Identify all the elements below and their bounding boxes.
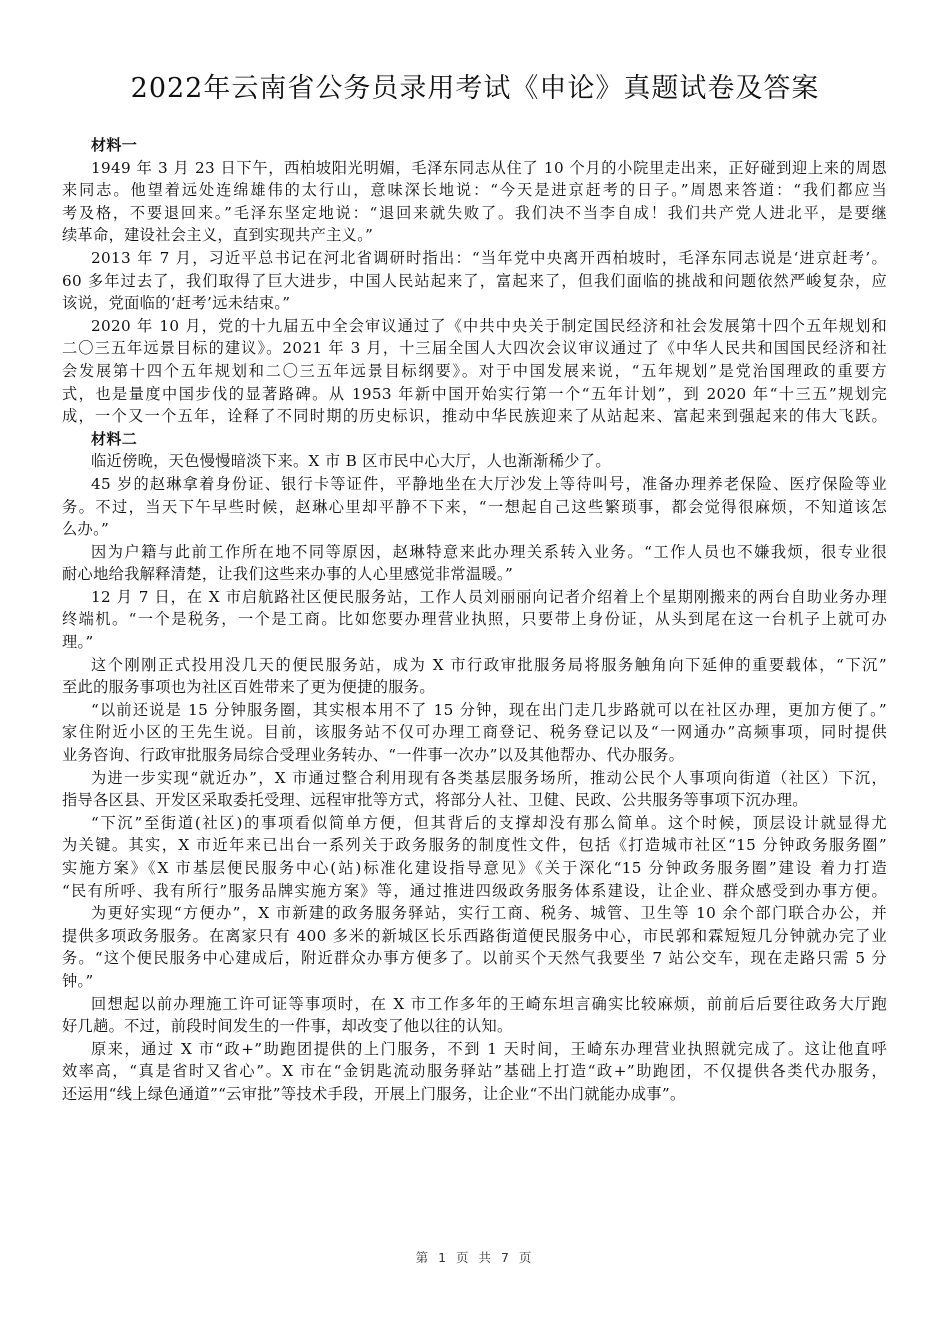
text-line-content: 1949 年 3 月 23 日下午，西柏坡阳光明媚，毛泽东同志从住了 10 个月… [91, 157, 887, 180]
text-line: 提供多项政务服务。在离家只有 400 多米的新城区长乐西路街道便民服务中心，市民… [62, 925, 891, 948]
text-line-content: 2020 年 10 月，党的十九届五中全会审议通过了《中共中央关于制定国民经济和… [91, 315, 887, 338]
text-line: 这个刚刚正式投用没几天的便民服务站，成为 X 市行政审批服务局将服务触角向下延伸… [91, 654, 891, 677]
text-line: 成，一个又一个五年，诠释了不同时期的历史标识，推动中华民族迎来了从站起来、富起来… [62, 405, 891, 428]
text-line-content: 考及格，不要退回来。”毛泽东坚定地说：“退回来就失败了。我们决不当李自成！我们共… [62, 202, 887, 225]
text-line: 原来，通过 X 市“政+”助跑团提供的上门服务，不到 1 天时间，王崎东办理营业… [91, 1038, 891, 1061]
text-line-content: 来同志。他望着远处连绵雄伟的太行山，意味深长地说：“今天是进京赶考的日子。”周恩… [62, 179, 887, 202]
text-line: 家住附近小区的王先生说。目前，该服务站不仅可办理工商登记、税务登记以及“一网通办… [62, 721, 891, 744]
text-line: 效率高，“真是省时又省心”。X 市在“金钥匙流动服务驿站”基础上打造“政+”助跑… [62, 1060, 891, 1083]
text-line-content: 耐心地给我解释清楚，让我们这些来办事的人心里感觉非常温暖。” [62, 565, 513, 583]
text-line: “民有所呼、我有所行”服务品牌实施方案》等，通过推进四级政务服务体系建设，让企业… [62, 880, 891, 903]
text-line: 钟。” [62, 970, 891, 993]
text-line: 好几趟。不过，前段时间发生的一件事，却改变了他以往的认知。 [62, 1015, 891, 1038]
text-line-content: 实施方案》《X 市基层便民服务中心(站)标准化建设指导意见》《关于深化“15 分… [62, 857, 887, 880]
text-line: 耐心地给我解释清楚，让我们这些来办事的人心里感觉非常温暖。” [62, 563, 891, 586]
section-material-1: 材料一 1949 年 3 月 23 日下午，西柏坡阳光明媚，毛泽东同志从住了 1… [91, 134, 891, 428]
text-line: “下沉”至街道(社区)的事项看似简单方便，但其背后的支撑却没有那么简单。这个时候… [91, 812, 891, 835]
text-line: 60 多年过去了，我们取得了巨大进步，中国人民站起来了，富起来了，但我们面临的挑… [62, 270, 891, 293]
text-line: 2020 年 10 月，党的十九届五中全会审议通过了《中共中央关于制定国民经济和… [91, 315, 891, 338]
text-line-content: 终端机。“一个是税务，一个是工商。比如您要办理营业执照，只要带上身份证，从头到尾… [62, 608, 887, 631]
text-line-content: 该说，党面临的‘赶考’远未结束。” [62, 294, 290, 312]
text-line-content: 务。“这个便民服务中心建成后，附近群众办事方便多了。以前买个天然气我要坐 7 站… [62, 947, 887, 970]
text-line: 业务咨询、行政审批服务局综合受理业务转办、“一件事一次办”以及其他帮办、代办服务… [62, 744, 891, 767]
text-line: 会发展第十四个五年规划和二〇三五年远景目标纲要》。对于中国发展来说，“五年规划”… [62, 360, 891, 383]
text-line: 为关键。其实，X 市近年来已出台一系列关于政务服务的制度性文件，包括《打造城市社… [62, 834, 891, 857]
text-line-content: “民有所呼、我有所行”服务品牌实施方案》等，通过推进四级政务服务体系建设，让企业… [62, 880, 887, 903]
text-line: 么办。” [62, 518, 891, 541]
text-line-content: 60 多年过去了，我们取得了巨大进步，中国人民站起来了，富起来了，但我们面临的挑… [62, 270, 887, 293]
text-line-content: 续革命，建设社会主义，直到实现共产主义。” [62, 226, 373, 244]
text-line-content: 钟。” [62, 972, 94, 990]
section-lines: 1949 年 3 月 23 日下午，西柏坡阳光明媚，毛泽东同志从住了 10 个月… [91, 157, 891, 428]
text-line-content: 指导各区县、开发区采取委托受理、远程审批等方式，将部分人社、卫健、民政、公共服务… [62, 791, 808, 809]
text-line-content: 为关键。其实，X 市近年来已出台一系列关于政务服务的制度性文件，包括《打造城市社… [62, 834, 887, 857]
text-line-content: 原来，通过 X 市“政+”助跑团提供的上门服务，不到 1 天时间，王崎东办理营业… [91, 1038, 887, 1061]
text-line-content: 提供多项政务服务。在离家只有 400 多米的新城区长乐西路街道便民服务中心，市民… [62, 925, 887, 948]
text-line: 考及格，不要退回来。”毛泽东坚定地说：“退回来就失败了。我们决不当李自成！我们共… [62, 202, 891, 225]
text-line-content: 因为户籍与此前工作所在地不同等原因，赵琳特意来此办理关系转入业务。“工作人员也不… [91, 541, 887, 564]
document-body: 材料一 1949 年 3 月 23 日下午，西柏坡阳光明媚，毛泽东同志从住了 1… [91, 134, 891, 1106]
section-lines: 临近傍晚，天色慢慢暗淡下来。X 市 B 区市民中心大厅，人也渐渐稀少了。45 岁… [91, 450, 891, 1105]
text-line: 临近傍晚，天色慢慢暗淡下来。X 市 B 区市民中心大厅，人也渐渐稀少了。 [91, 450, 891, 473]
section-heading: 材料二 [91, 428, 891, 451]
text-line-content: “下沉”至街道(社区)的事项看似简单方便，但其背后的支撑却没有那么简单。这个时候… [91, 812, 887, 835]
text-line-content: 还运用“线上绿色通道”“云审批”等技术手段，开展上门服务，让企业“不出门就能办成… [62, 1085, 686, 1103]
document-page: 2022年云南省公务员录用考试《申论》真题试卷及答案 材料一 1949 年 3 … [0, 0, 950, 1344]
text-line: 1949 年 3 月 23 日下午，西柏坡阳光明媚，毛泽东同志从住了 10 个月… [91, 157, 891, 180]
text-line-content: 业务咨询、行政审批服务局综合受理业务转办、“一件事一次办”以及其他帮办、代办服务… [62, 746, 684, 764]
text-line: 因为户籍与此前工作所在地不同等原因，赵琳特意来此办理关系转入业务。“工作人员也不… [91, 541, 891, 564]
text-line: 来同志。他望着远处连绵雄伟的太行山，意味深长地说：“今天是进京赶考的日子。”周恩… [62, 179, 891, 202]
text-line-content: 2013 年 7 月，习近平总书记在河北省调研时指出：“当年党中央离开西柏坡时，… [91, 247, 887, 270]
text-line-content: 临近傍晚，天色慢慢暗淡下来。X 市 B 区市民中心大厅，人也渐渐稀少了。 [91, 452, 611, 470]
text-line-content: 成，一个又一个五年，诠释了不同时期的历史标识，推动中华民族迎来了从站起来、富起来… [62, 405, 887, 428]
text-line: 二〇三五年远景目标的建议》。2021 年 3 月，十三届全国人大四次会议审议通过… [62, 337, 891, 360]
text-line-content: 为进一步实现“就近办”，X 市通过整合利用现有各类基层服务场所，推动公民个人事项… [91, 767, 887, 790]
text-line-content: 效率高，“真是省时又省心”。X 市在“金钥匙流动服务驿站”基础上打造“政+”助跑… [62, 1060, 887, 1083]
text-line-content: 二〇三五年远景目标的建议》。2021 年 3 月，十三届全国人大四次会议审议通过… [62, 337, 887, 360]
text-line: 还运用“线上绿色通道”“云审批”等技术手段，开展上门服务，让企业“不出门就能办成… [62, 1083, 891, 1106]
text-line-content: 会发展第十四个五年规划和二〇三五年远景目标纲要》。对于中国发展来说，“五年规划”… [62, 360, 887, 383]
text-line: 指导各区县、开发区采取委托受理、远程审批等方式，将部分人社、卫健、民政、公共服务… [62, 789, 891, 812]
text-line-content: “以前还说是 15 分钟服务圈，其实根本用不了 15 分钟，现在出门走几步路就可… [91, 699, 887, 722]
text-line: 终端机。“一个是税务，一个是工商。比如您要办理营业执照，只要带上身份证，从头到尾… [62, 608, 891, 631]
text-line-content: 务。不过，当天下午早些时候，赵琳心里却平静不下来，“一想起自己这些繁琐事，都会觉… [62, 496, 887, 519]
section-material-2: 材料二 临近傍晚，天色慢慢暗淡下来。X 市 B 区市民中心大厅，人也渐渐稀少了。… [91, 428, 891, 1106]
text-line: 为更好实现“方便办”，X 市新建的政务服务驿站，实行工商、税务、城管、卫生等 1… [91, 902, 891, 925]
text-line: 务。不过，当天下午早些时候，赵琳心里却平静不下来，“一想起自己这些繁琐事，都会觉… [62, 496, 891, 519]
text-line-content: 好几趟。不过，前段时间发生的一件事，却改变了他以往的认知。 [62, 1017, 513, 1035]
text-line: “以前还说是 15 分钟服务圈，其实根本用不了 15 分钟，现在出门走几步路就可… [91, 699, 891, 722]
text-line-content: 45 岁的赵琳拿着身份证、银行卡等证件，平静地坐在大厅沙发上等待叫号，准备办理养… [91, 473, 887, 496]
text-line: 回想起以前办理施工许可证等事项时，在 X 市工作多年的王崎东坦言确实比较麻烦，前… [91, 993, 891, 1016]
text-line: 式，也是量度中国步伐的显著路碑。从 1953 年新中国开始实行第一个“五年计划”… [62, 383, 891, 406]
section-heading: 材料一 [91, 134, 891, 157]
text-line: 为进一步实现“就近办”，X 市通过整合利用现有各类基层服务场所，推动公民个人事项… [91, 767, 891, 790]
text-line-content: 这个刚刚正式投用没几天的便民服务站，成为 X 市行政审批服务局将服务触角向下延伸… [91, 654, 887, 677]
text-line: 12 月 7 日，在 X 市启航路社区便民服务站，工作人员刘丽丽向记者介绍着上个… [91, 586, 891, 609]
document-title: 2022年云南省公务员录用考试《申论》真题试卷及答案 [0, 66, 950, 105]
text-line-content: 式，也是量度中国步伐的显著路碑。从 1953 年新中国开始实行第一个“五年计划”… [62, 383, 887, 406]
text-line-content: 为更好实现“方便办”，X 市新建的政务服务驿站，实行工商、税务、城管、卫生等 1… [91, 902, 887, 925]
page-footer: 第 1 页 共 7 页 [0, 1248, 950, 1266]
text-line-content: 家住附近小区的王先生说。目前，该服务站不仅可办理工商登记、税务登记以及“一网通办… [62, 721, 887, 744]
text-line: 理。” [62, 631, 891, 654]
text-line: 续革命，建设社会主义，直到实现共产主义。” [62, 224, 891, 247]
text-line: 该说，党面临的‘赶考’远未结束。” [62, 292, 891, 315]
text-line: 实施方案》《X 市基层便民服务中心(站)标准化建设指导意见》《关于深化“15 分… [62, 857, 891, 880]
text-line-content: 至此的服务事项也为社区百姓带来了更为便捷的服务。 [62, 678, 435, 696]
text-line: 至此的服务事项也为社区百姓带来了更为便捷的服务。 [62, 676, 891, 699]
text-line-content: 么办。” [62, 520, 109, 538]
text-line-content: 回想起以前办理施工许可证等事项时，在 X 市工作多年的王崎东坦言确实比较麻烦，前… [91, 993, 887, 1016]
text-line-content: 理。” [62, 633, 94, 651]
text-line: 务。“这个便民服务中心建成后，附近群众办事方便多了。以前买个天然气我要坐 7 站… [62, 947, 891, 970]
text-line: 2013 年 7 月，习近平总书记在河北省调研时指出：“当年党中央离开西柏坡时，… [91, 247, 891, 270]
text-line: 45 岁的赵琳拿着身份证、银行卡等证件，平静地坐在大厅沙发上等待叫号，准备办理养… [91, 473, 891, 496]
text-line-content: 12 月 7 日，在 X 市启航路社区便民服务站，工作人员刘丽丽向记者介绍着上个… [91, 586, 887, 609]
